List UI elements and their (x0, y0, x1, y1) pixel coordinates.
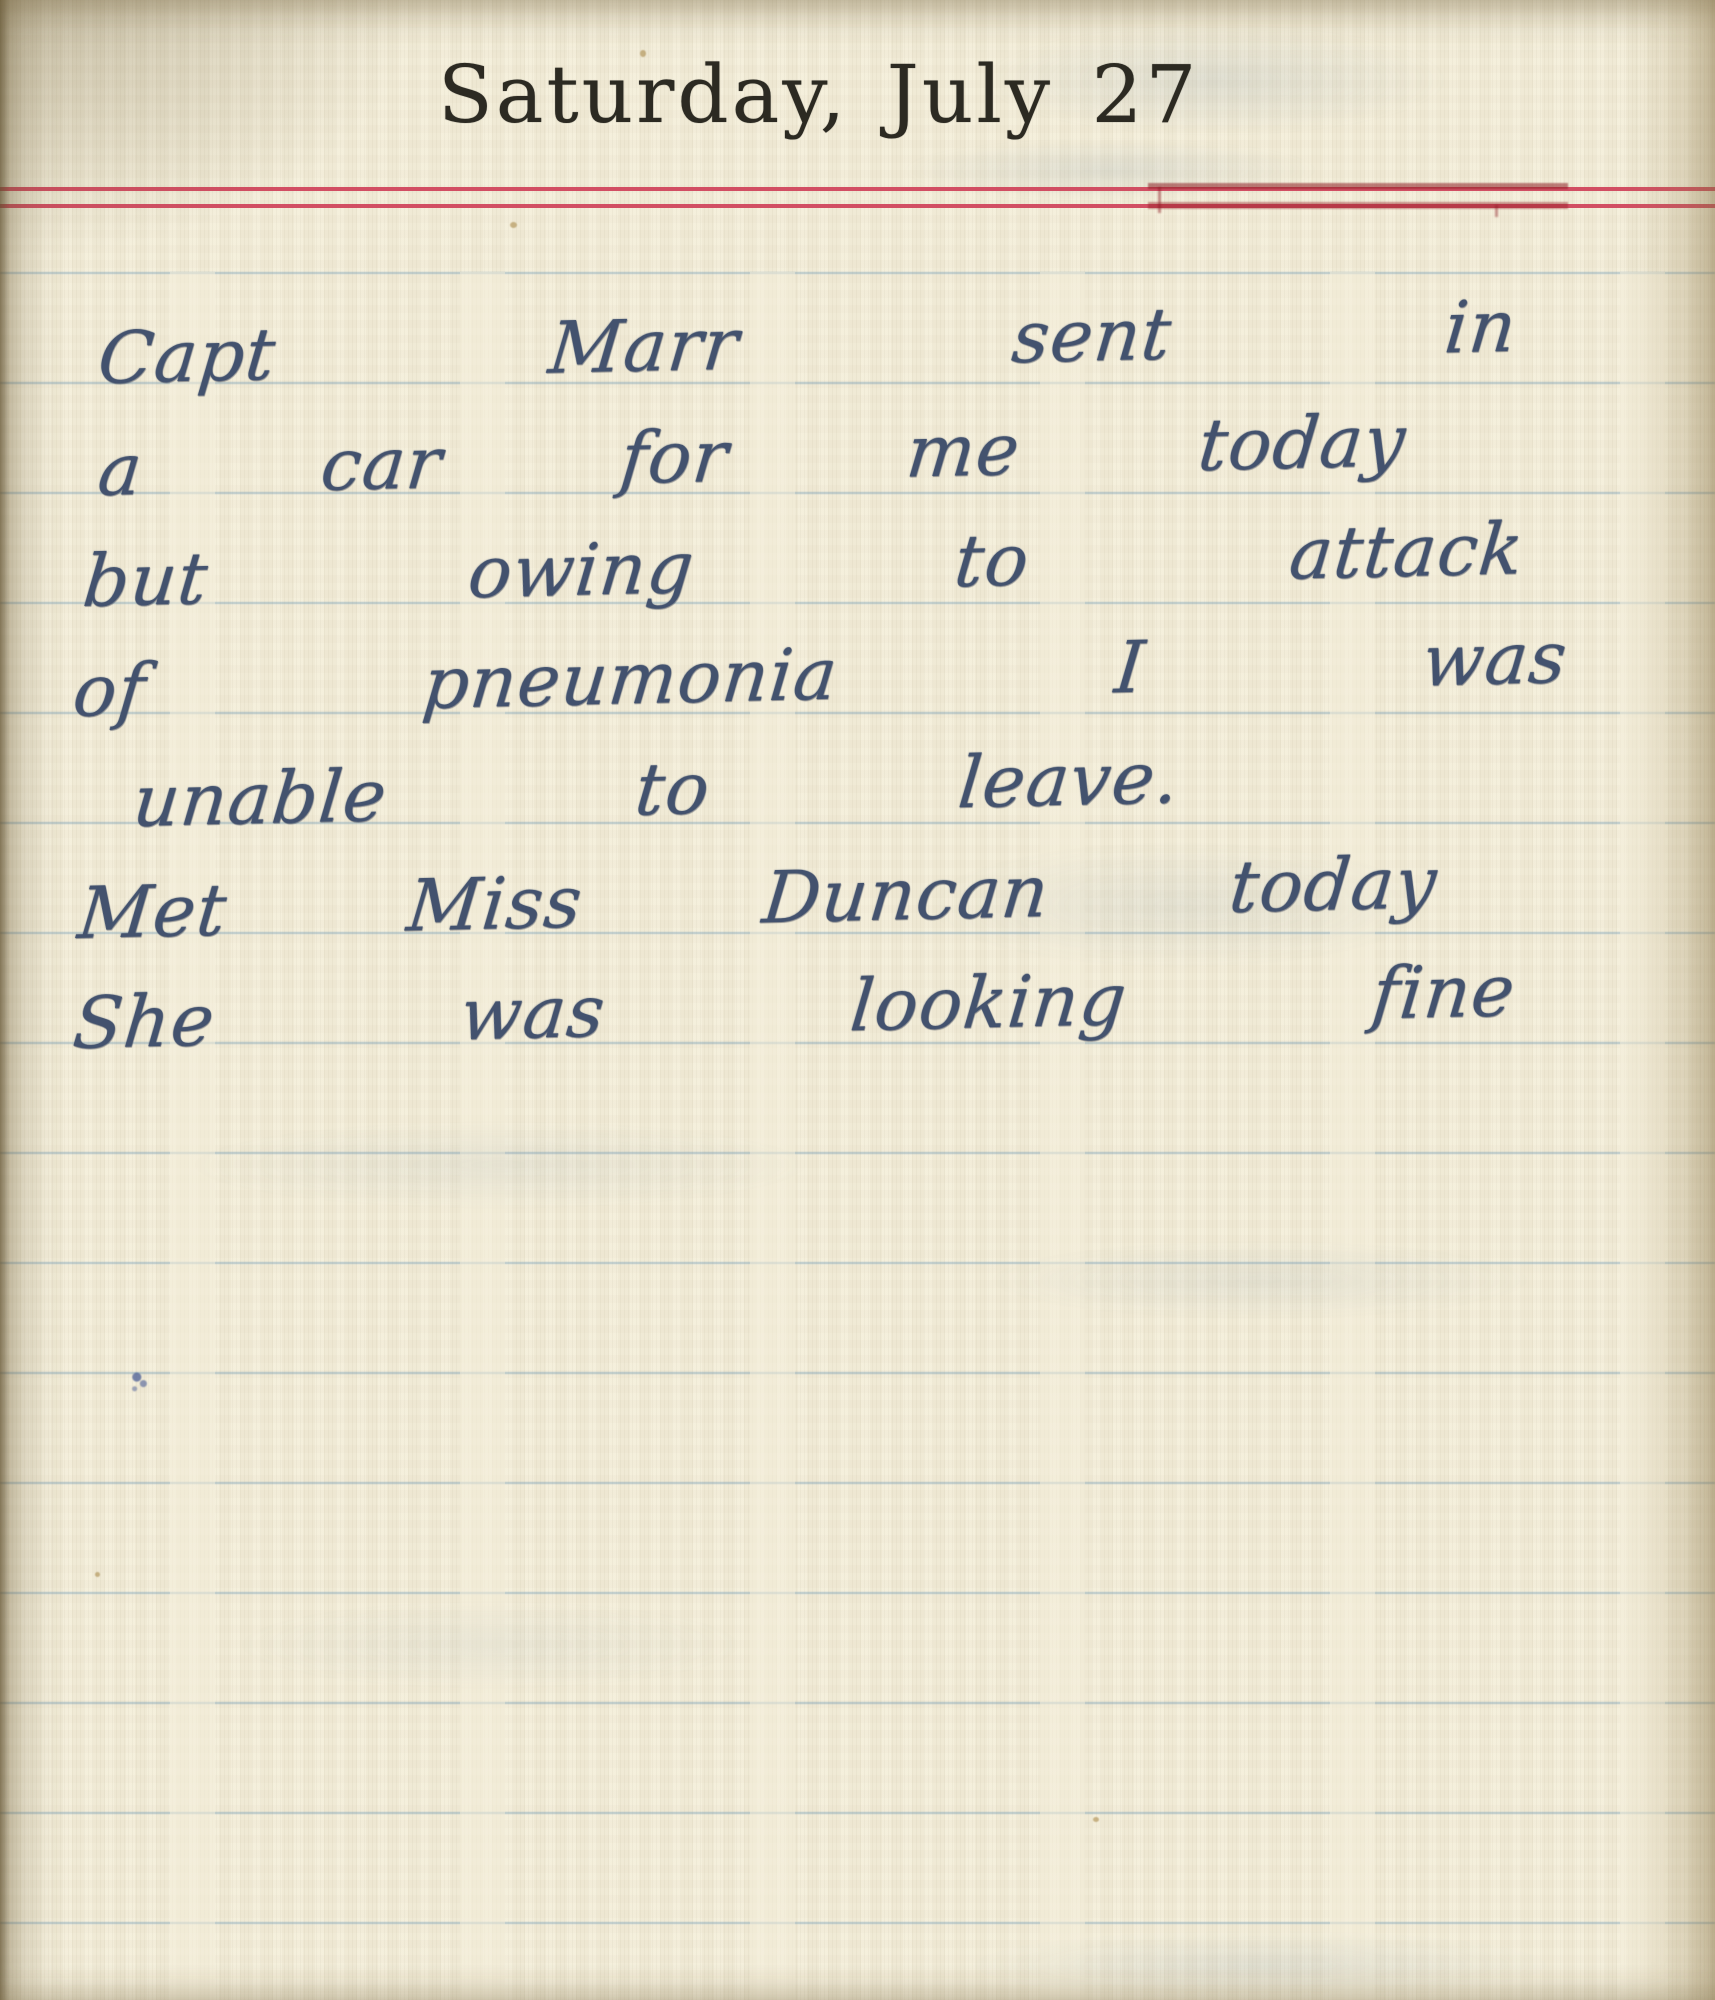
handwritten-line: of pneumonia I was (70, 621, 1571, 727)
handwritten-line: unable to leave. (130, 741, 1183, 837)
corner-shading (0, 0, 420, 260)
red-ink-smudge (1148, 183, 1568, 215)
show-through-smudge (180, 1120, 820, 1210)
show-through-smudge (980, 1240, 1540, 1320)
paper-speck (640, 50, 646, 57)
show-through-smudge (960, 1930, 1560, 2000)
page-edge-shadow (1625, 0, 1715, 2000)
paper-speck (510, 222, 517, 228)
handwritten-line: a car for me today (95, 404, 1409, 506)
handwritten-line: Met Miss Duncan today (75, 846, 1440, 949)
handwritten-line: She was looking fine (70, 954, 1519, 1059)
paper-speck (1093, 1817, 1099, 1822)
handwritten-line: Capt Marr sent in (95, 290, 1520, 394)
stray-ink-blot (128, 1368, 150, 1394)
handwritten-line: but owing to attack (80, 512, 1527, 617)
printed-date-header: Saturday, July 27 (438, 48, 1199, 141)
page-gutter-shadow (0, 0, 10, 2000)
diary-page: Saturday, July 27 Capt Marr sent in a ca… (0, 0, 1715, 2000)
show-through-smudge (230, 1600, 750, 1690)
paper-speck (95, 1572, 100, 1577)
